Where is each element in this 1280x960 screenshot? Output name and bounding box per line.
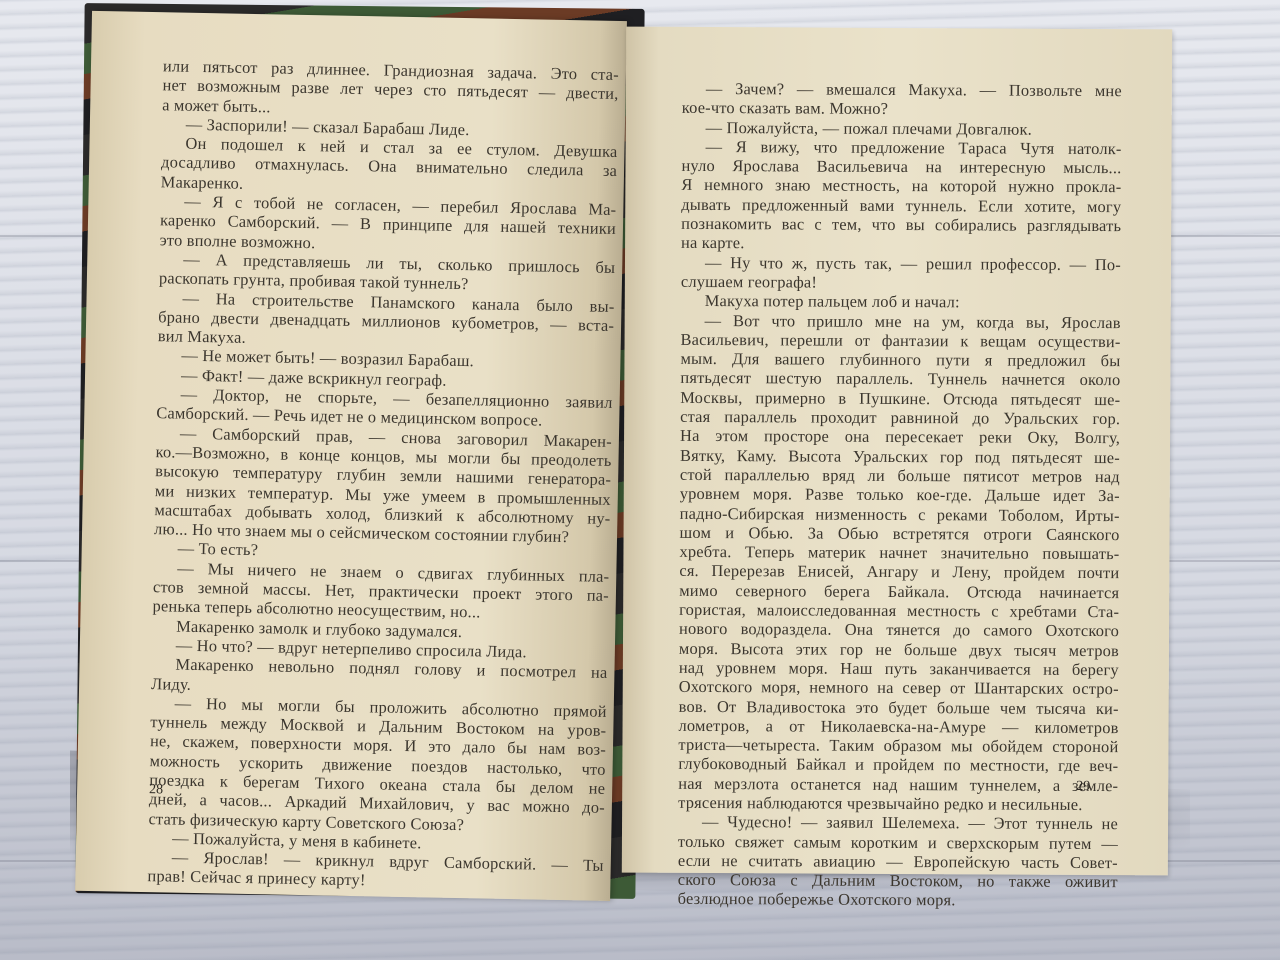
text-line: — Ну что ж, пусть так, — решил профессор… <box>681 253 1121 275</box>
text-line: На этом просторе она пересекает реки Оку… <box>680 426 1120 448</box>
text-line: ная мерзлота останется над нашим туннеле… <box>678 774 1118 796</box>
text-line: только свяжет самым коротким и сверхскор… <box>678 831 1118 853</box>
text-line: слушаем географа! <box>681 272 1121 294</box>
right-page-text: — Зачем? — вмешался Макуха. — Позвольте … <box>678 79 1122 911</box>
left-page-text: или пятьсот раз длиннее. Грандиозная зад… <box>147 56 619 894</box>
text-line: — Вот что пришло мне на ум, когда вы, Яр… <box>681 310 1121 332</box>
right-page: — Зачем? — вмешался Макуха. — Позвольте … <box>622 27 1172 876</box>
text-line: ся. Перерезав Енисей, Ангару и Лену, про… <box>679 561 1119 583</box>
text-line: Васильевич, перешли от фантазии к вещам … <box>681 330 1121 352</box>
right-page-number: 29 <box>1076 779 1090 795</box>
text-line: дывать предложенный вами туннель. Если х… <box>681 195 1121 217</box>
text-line: пятьдесят шестую параллель. Туннель начн… <box>680 368 1120 390</box>
text-line: — Чудесно! — заявил Шелемеха. — Этот тун… <box>678 812 1118 834</box>
text-line: на карте. <box>681 233 1121 255</box>
text-line: шом и Обью. За Обью встретятся отроги Са… <box>680 523 1120 545</box>
text-line: — Пожалуйста, — пожал плечами Довгалюк. <box>682 117 1122 139</box>
left-page-number: 28 <box>149 782 163 798</box>
text-line: глубоководный Байкал и пройдем по местно… <box>678 754 1118 776</box>
text-line: кое-что сказать вам. Можно? <box>682 98 1122 120</box>
text-line: лометров, а от Николаевска-на-Амуре — ки… <box>679 716 1119 738</box>
text-line: — Зачем? — вмешался Макуха. — Позвольте … <box>682 79 1122 101</box>
text-line: Москвы, примерно в Пушкине. Отсюда пятьд… <box>680 388 1120 410</box>
text-line: стая параллель проходит равниной до Урал… <box>680 407 1120 429</box>
text-line: Охотского моря, немного на север от Шант… <box>679 677 1119 699</box>
text-line: безлюдное побережье Охотского моря. <box>678 889 1118 911</box>
left-page: или пятьсот раз длиннее. Грандиозная зад… <box>75 11 627 901</box>
text-line: вов. От Владивостока это будет больше че… <box>679 696 1119 718</box>
text-line: если не считать авиацию — Европейскую ча… <box>678 851 1118 873</box>
text-line: Макуха потер пальцем лоб и начал: <box>681 291 1121 313</box>
text-line: триста—четыреста. Таким образом мы обойд… <box>678 735 1118 757</box>
text-line: уровнем моря. Разве только кое-где. Даль… <box>680 484 1120 506</box>
text-line: мимо северного берега Байкала. Отсюда на… <box>679 581 1119 603</box>
text-line: над уровнем моря. Наш путь заканчивается… <box>679 658 1119 680</box>
text-line: трясения наблюдаются чрезвычайно редко и… <box>678 793 1118 815</box>
text-line: стой параллелью вряд ли больше пятисот м… <box>680 465 1120 487</box>
text-line: гористая, малоисследованная местность с … <box>679 600 1119 622</box>
text-line: Вятку, Каму. Высота Уральских гор под пя… <box>680 446 1120 468</box>
text-line: мым. Для вашего глубинного пути я предло… <box>680 349 1120 371</box>
text-line: ского Союза с Дальним Востоком, но также… <box>678 870 1118 892</box>
text-line: нуло Ярослава Васильевича на интересную … <box>681 156 1121 178</box>
text-line: — Я вижу, что предложение Тараса Чутя на… <box>682 137 1122 159</box>
text-line: моря. Высота этих гор не больше двух тыс… <box>679 638 1119 660</box>
text-line: нового водораздела. Она тянется до самог… <box>679 619 1119 641</box>
text-line: падно-Сибирская низменность с реками Тоб… <box>680 503 1120 525</box>
text-line: познакомить вас с тем, что вы собирались… <box>681 214 1121 236</box>
text-line: Я немного знаю местность, на которой нуж… <box>681 175 1121 197</box>
text-line: хребта. Теперь материк начнет значительн… <box>679 542 1119 564</box>
